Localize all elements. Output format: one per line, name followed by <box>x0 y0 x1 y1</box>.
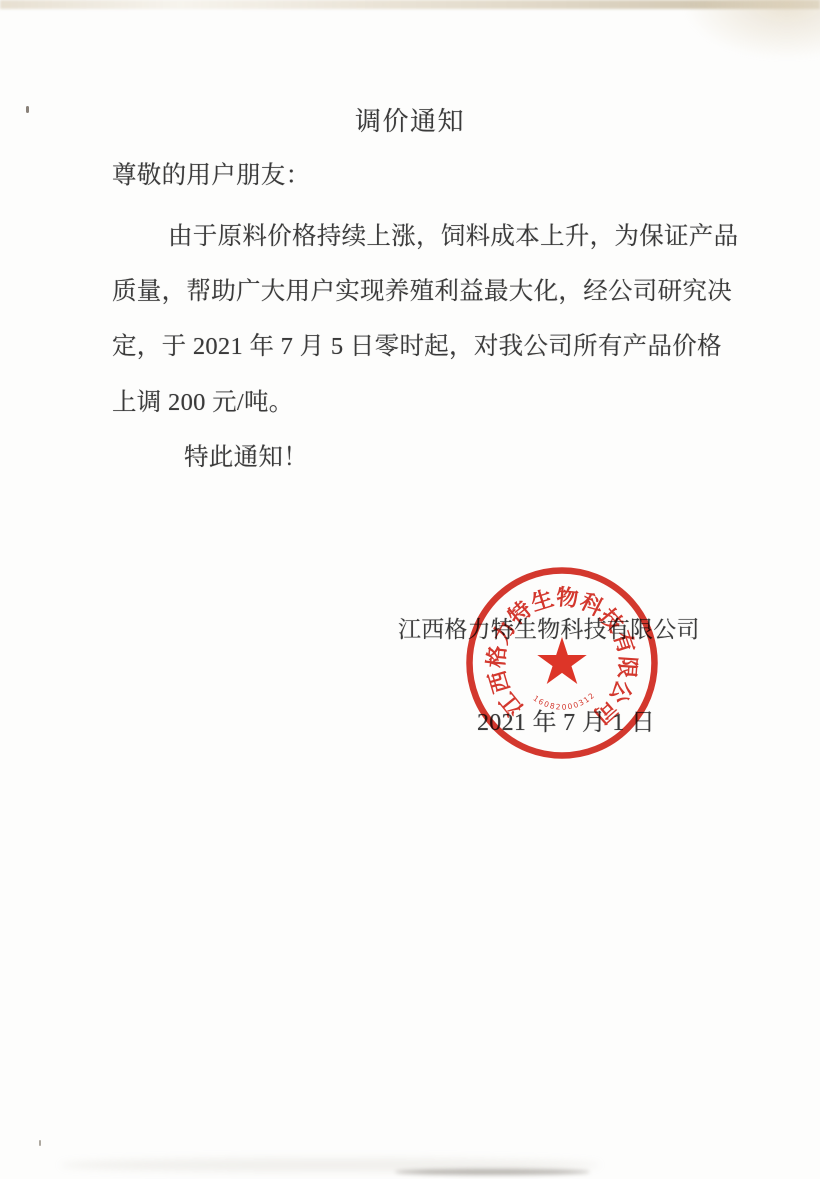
page-title: 调价通知 <box>0 106 820 139</box>
scan-smudge-bottom <box>395 1169 590 1175</box>
document-page: 调价通知 尊敬的用户朋友： 由于原料价格持续上涨，饲料成本上升，为保证产品 质量… <box>0 0 820 1179</box>
scan-speck <box>39 1140 41 1146</box>
closing-note: 特此通知！ <box>184 443 308 474</box>
scan-smudge-top-right <box>682 0 820 60</box>
company-seal: 江西格力特生物科技有限公司 16082000312 <box>462 563 662 763</box>
body-line: 定，于 2021 年 7 月 5 日零时起，对我公司所有产品价格 <box>112 332 722 363</box>
seal-code-text: 16082000312 <box>532 690 598 712</box>
seal-star-icon <box>537 637 586 684</box>
salutation: 尊敬的用户朋友： <box>112 161 310 192</box>
body-line: 由于原料价格持续上涨，饲料成本上升，为保证产品 <box>168 222 738 253</box>
body-line: 上调 200 元/吨。 <box>112 388 294 419</box>
body-line: 质量，帮助广大用户实现养殖利益最大化，经公司研究决 <box>112 277 732 308</box>
